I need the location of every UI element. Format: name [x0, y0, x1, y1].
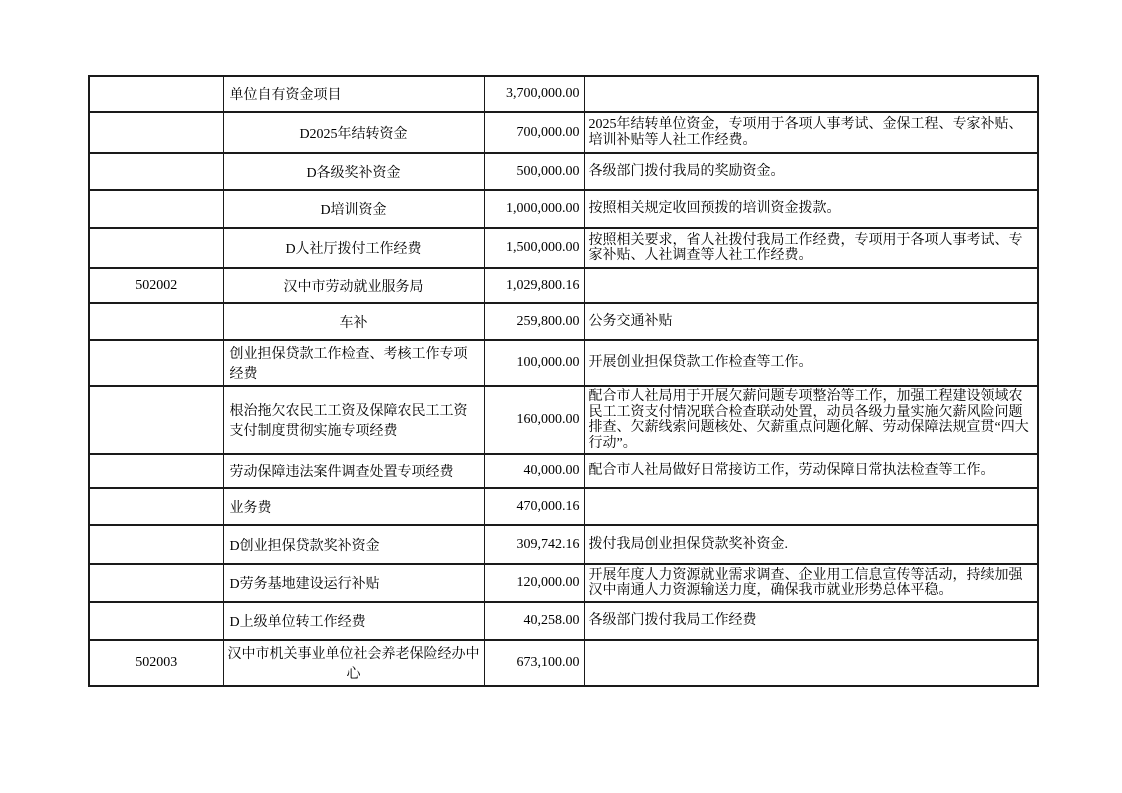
cell-project-name: 车补: [223, 303, 484, 340]
table-row: 劳动保障违法案件调查处置专项经费 40,000.00 配合市人社局做好日常接访工…: [89, 454, 1038, 488]
cell-project-name: 业务费: [223, 488, 484, 525]
cell-amount: 1,029,800.16: [484, 268, 584, 303]
cell-description: 各级部门拨付我局工作经费: [584, 602, 1038, 640]
cell-amount: 1,000,000.00: [484, 190, 584, 228]
cell-description: [584, 488, 1038, 525]
table-row: 车补 259,800.00 公务交通补贴: [89, 303, 1038, 340]
budget-table: 单位自有资金项目 3,700,000.00 D2025年结转资金 700,000…: [88, 75, 1039, 687]
cell-project-name: D培训资金: [223, 190, 484, 228]
cell-unit-code: 502002: [89, 268, 223, 303]
cell-unit-code: [89, 564, 223, 602]
cell-amount: 309,742.16: [484, 525, 584, 564]
document-page: 单位自有资金项目 3,700,000.00 D2025年结转资金 700,000…: [0, 0, 1122, 793]
cell-description: 配合市人社局用于开展欠薪问题专项整治等工作，加强工程建设领域农民工工资支付情况联…: [584, 386, 1038, 454]
cell-description: 开展年度人力资源就业需求调查、企业用工信息宣传等活动，持续加强汉中南通人力资源输…: [584, 564, 1038, 602]
cell-unit-code: [89, 602, 223, 640]
cell-project-name: D2025年结转资金: [223, 112, 484, 153]
cell-description: 2025年结转单位资金，专项用于各项人事考试、金保工程、专家补贴、培训补贴等人社…: [584, 112, 1038, 153]
table-row: 502003 汉中市机关事业单位社会养老保险经办中心 673,100.00: [89, 640, 1038, 686]
cell-unit-code: [89, 340, 223, 386]
cell-project-name: D人社厅拨付工作经费: [223, 228, 484, 268]
cell-unit-code: [89, 228, 223, 268]
cell-amount: 673,100.00: [484, 640, 584, 686]
cell-unit-code: 502003: [89, 640, 223, 686]
cell-description: 拨付我局创业担保贷款奖补资金.: [584, 525, 1038, 564]
table-row: D2025年结转资金 700,000.00 2025年结转单位资金，专项用于各项…: [89, 112, 1038, 153]
cell-unit-code: [89, 488, 223, 525]
cell-description: 配合市人社局做好日常接访工作，劳动保障日常执法检查等工作。: [584, 454, 1038, 488]
cell-unit-code: [89, 112, 223, 153]
cell-unit-code: [89, 386, 223, 454]
cell-amount: 120,000.00: [484, 564, 584, 602]
cell-project-name: 汉中市劳动就业服务局: [223, 268, 484, 303]
table-row: 创业担保贷款工作检查、考核工作专项经费 100,000.00 开展创业担保贷款工…: [89, 340, 1038, 386]
table-row: D劳务基地建设运行补贴 120,000.00 开展年度人力资源就业需求调查、企业…: [89, 564, 1038, 602]
cell-amount: 40,258.00: [484, 602, 584, 640]
table-row: D培训资金 1,000,000.00 按照相关规定收回预拨的培训资金拨款。: [89, 190, 1038, 228]
cell-project-name: 汉中市机关事业单位社会养老保险经办中心: [223, 640, 484, 686]
cell-project-name: 根治拖欠农民工工资及保障农民工工资支付制度贯彻实施专项经费: [223, 386, 484, 454]
cell-amount: 700,000.00: [484, 112, 584, 153]
table-row: D各级奖补资金 500,000.00 各级部门拨付我局的奖励资金。: [89, 153, 1038, 190]
cell-description: 按照相关要求，省人社拨付我局工作经费，专项用于各项人事考试、专家补贴、人社调查等…: [584, 228, 1038, 268]
cell-unit-code: [89, 153, 223, 190]
cell-description: [584, 640, 1038, 686]
cell-amount: 470,000.16: [484, 488, 584, 525]
cell-description: [584, 268, 1038, 303]
table-row: D人社厅拨付工作经费 1,500,000.00 按照相关要求，省人社拨付我局工作…: [89, 228, 1038, 268]
table-row: D创业担保贷款奖补资金 309,742.16 拨付我局创业担保贷款奖补资金.: [89, 525, 1038, 564]
cell-description: [584, 76, 1038, 112]
cell-project-name: 创业担保贷款工作检查、考核工作专项经费: [223, 340, 484, 386]
cell-amount: 100,000.00: [484, 340, 584, 386]
table-row: 根治拖欠农民工工资及保障农民工工资支付制度贯彻实施专项经费 160,000.00…: [89, 386, 1038, 454]
table-row: 502002 汉中市劳动就业服务局 1,029,800.16: [89, 268, 1038, 303]
cell-unit-code: [89, 525, 223, 564]
cell-unit-code: [89, 454, 223, 488]
table-row: D上级单位转工作经费 40,258.00 各级部门拨付我局工作经费: [89, 602, 1038, 640]
cell-amount: 160,000.00: [484, 386, 584, 454]
cell-project-name: 劳动保障违法案件调查处置专项经费: [223, 454, 484, 488]
cell-unit-code: [89, 190, 223, 228]
budget-table-body: 单位自有资金项目 3,700,000.00 D2025年结转资金 700,000…: [89, 76, 1038, 686]
cell-amount: 259,800.00: [484, 303, 584, 340]
cell-amount: 1,500,000.00: [484, 228, 584, 268]
cell-amount: 3,700,000.00: [484, 76, 584, 112]
cell-amount: 40,000.00: [484, 454, 584, 488]
cell-project-name: 单位自有资金项目: [223, 76, 484, 112]
cell-unit-code: [89, 303, 223, 340]
table-row: 业务费 470,000.16: [89, 488, 1038, 525]
cell-description: 开展创业担保贷款工作检查等工作。: [584, 340, 1038, 386]
cell-description: 按照相关规定收回预拨的培训资金拨款。: [584, 190, 1038, 228]
cell-description: 各级部门拨付我局的奖励资金。: [584, 153, 1038, 190]
cell-project-name: D各级奖补资金: [223, 153, 484, 190]
cell-unit-code: [89, 76, 223, 112]
cell-project-name: D创业担保贷款奖补资金: [223, 525, 484, 564]
cell-project-name: D上级单位转工作经费: [223, 602, 484, 640]
cell-description: 公务交通补贴: [584, 303, 1038, 340]
cell-amount: 500,000.00: [484, 153, 584, 190]
table-row: 单位自有资金项目 3,700,000.00: [89, 76, 1038, 112]
cell-project-name: D劳务基地建设运行补贴: [223, 564, 484, 602]
